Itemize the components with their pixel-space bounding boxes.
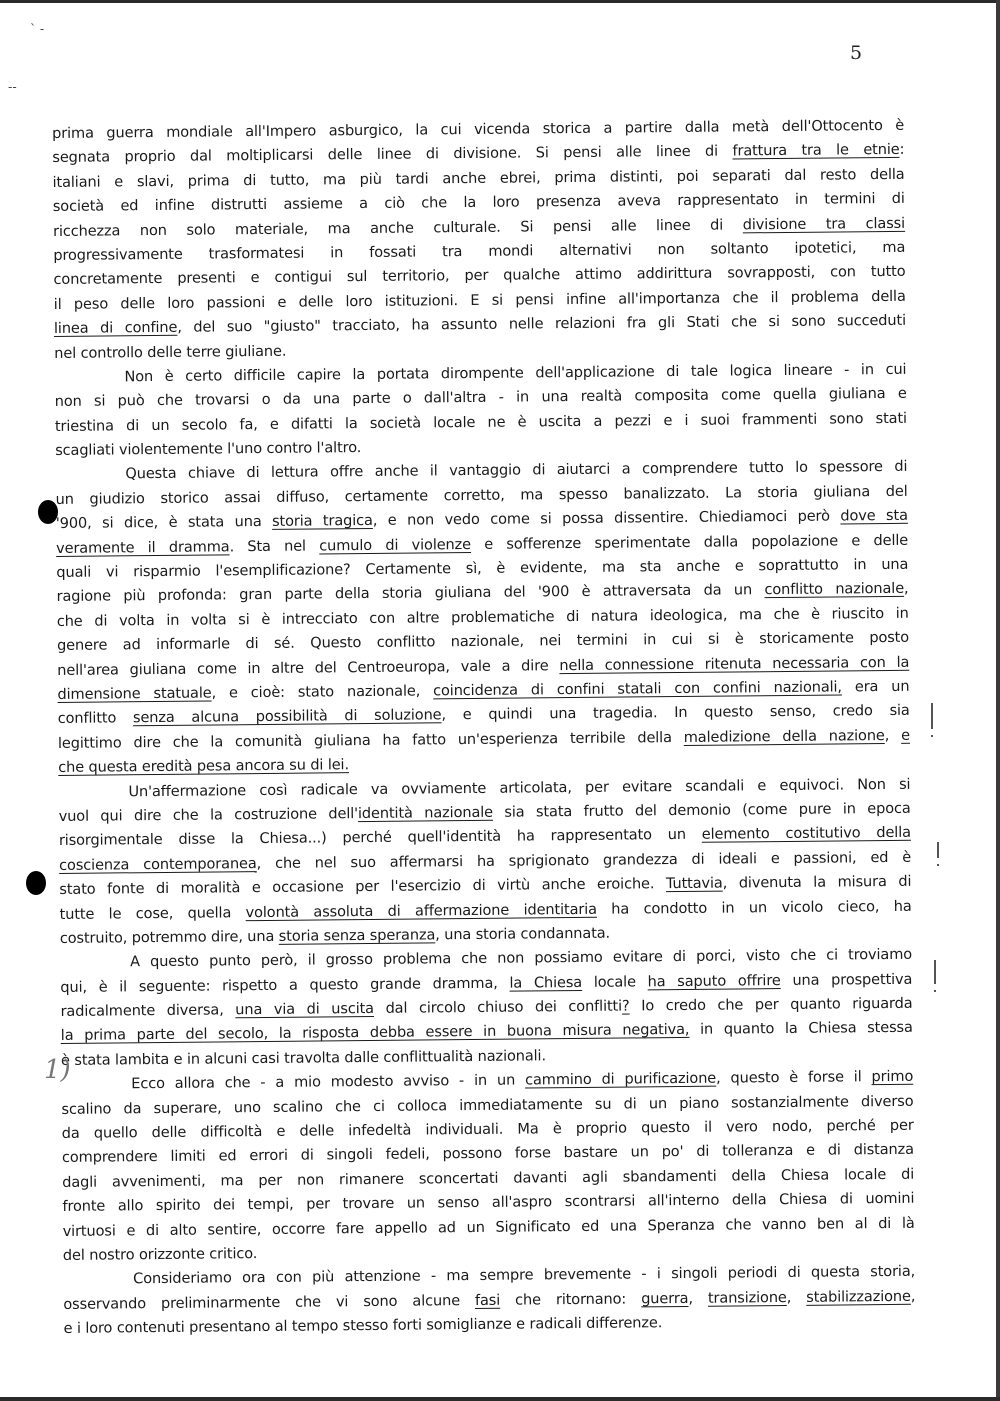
text-run: Io credo che per quanto riguarda (630, 995, 913, 1015)
margin-bullet-dot-icon (38, 500, 58, 524)
underlined-phrase: dove sta (840, 507, 908, 525)
paragraph: Non è certo difficile capire la portata … (54, 358, 907, 464)
paragraph: Consideriamo ora con più attenzione - ma… (63, 1260, 916, 1341)
underlined-phrase: la prima parte del secolo, la risposta d… (61, 1021, 690, 1044)
text-run: triestina di un secolo fa, e difatti la … (55, 409, 907, 434)
margin-mark-icon (931, 703, 933, 729)
text-run: osservando preliminarmente che vi sono a… (63, 1292, 475, 1313)
text-run: e i loro contenuti presentano al tempo s… (64, 1314, 663, 1337)
text-run: nell'area giuliana come in altre del Cen… (57, 657, 559, 679)
text-run: italiani e slavi, prima di tutto, ma più… (52, 166, 904, 191)
paragraph: Questa chiave di lettura offre anche il … (55, 455, 910, 780)
text-run: , e cioè: stato nazionale, (211, 682, 433, 701)
underlined-phrase: veramente il dramma (56, 538, 230, 557)
margin-dot-icon (931, 735, 933, 737)
underlined-phrase: elemento costitutivo della (702, 824, 911, 843)
underlined-phrase: maledizione della nazione (684, 727, 885, 746)
margin-bullet-dot-icon (26, 871, 46, 895)
text-run: ha condotto in un vicolo cieco, ha (597, 897, 912, 917)
text-run: ragione più profonda: gran parte della s… (56, 582, 764, 606)
text-run: risorgimentale disse la Chiesa...) perch… (59, 826, 702, 849)
text-run: da quello delle difficoltà e delle infed… (62, 1117, 914, 1142)
underlined-phrase: nella connessione ritenuta necessaria co… (559, 653, 909, 673)
text-run: è stata lambita e in alcuni casi travolt… (61, 1047, 546, 1069)
text-run: radicalmente diversa, (60, 1001, 235, 1020)
text-run: , e quindi una tragedia. In questo senso… (441, 702, 909, 723)
text-run: legittimo dire che la comunità giuliana … (58, 729, 684, 752)
text-run: , e non vedo come si possa dissentire. C… (373, 508, 841, 529)
text-run: A questo punto però, il grosso problema … (130, 946, 912, 971)
underlined-phrase: transizione (708, 1289, 787, 1307)
underlined-phrase: storia senza speranza (279, 926, 436, 945)
underlined-phrase: una via di uscita (235, 1000, 374, 1018)
text-run: dagli avvenimenti, ma per non rimanere s… (62, 1166, 914, 1191)
text-run: fronte allo spirito dei tempi, per trova… (62, 1190, 914, 1215)
corner-mark-top: ` - (30, 22, 44, 36)
underlined-phrase: divisione tra classi (743, 214, 905, 233)
text-run: , divenuta la misura di (723, 873, 912, 892)
text-run: , questo è forse il (716, 1068, 872, 1086)
text-run: tutte le cose, quella (60, 904, 246, 923)
paragraph: Ecco allora che - a mio modesto avviso -… (61, 1065, 915, 1268)
paragraph: A questo punto però, il grosso problema … (60, 943, 913, 1073)
text-run: scagliati violentemente l'uno contro l'a… (55, 439, 361, 459)
margin-mark-icon (937, 842, 939, 858)
underlined-phrase: cumulo di violenze (319, 536, 471, 554)
margin-dot-icon (934, 990, 936, 992)
paragraph: Un'affermazione così radicale va ovviame… (58, 772, 912, 951)
text-run: concretamente presenti e contigui sul te… (53, 263, 905, 288)
text-run: '900, si dice, è stata una (56, 513, 272, 532)
underlined-phrase: coincidenza di confini statali con confi… (433, 678, 842, 699)
underlined-phrase: stabilizzazione (806, 1288, 911, 1306)
text-run: , del suo "giusto" tracciato, ha assunto… (177, 312, 906, 336)
text-run: Un'affermazione così radicale va ovviame… (128, 775, 910, 800)
underlined-phrase: fasi (475, 1292, 500, 1309)
text-run: virtuosi e di alto sentire, occorre fare… (63, 1214, 915, 1239)
underlined-phrase: linea di confine (54, 319, 177, 337)
text-run: conflitto (58, 710, 133, 728)
underlined-phrase: la Chiesa (509, 974, 582, 992)
text-run: , (688, 1290, 708, 1307)
paragraph: prima guerra mondiale all'Impero asburgi… (52, 114, 906, 366)
underlined-phrase: conflitto nazionale (764, 580, 904, 598)
text-run: nel controllo delle terre giuliane. (54, 342, 286, 361)
underlined-phrase: che questa eredità pesa ancora su di lei… (58, 756, 349, 776)
underlined-phrase: frattura tra le etnie (732, 141, 899, 160)
text-run: Questa chiave di lettura offre anche il … (125, 458, 907, 483)
text-run: del nostro orizzonte critico. (63, 1245, 258, 1264)
text-run: , una storia condannata. (435, 925, 610, 944)
underlined-phrase: e (901, 727, 910, 744)
text-run: : (899, 141, 904, 158)
underlined-phrase: volontà assoluta di affermazione identit… (245, 900, 596, 920)
page-number: 5 (850, 42, 862, 64)
text-run: progressivamente trasformatesi in fossat… (53, 239, 905, 264)
corner-mark-left: -- (8, 80, 17, 94)
underlined-phrase: dimensione statuale (57, 684, 211, 702)
text-run: una prospettiva (781, 970, 913, 988)
text-run: ricchezza non solo materiale, ma anche c… (53, 216, 743, 240)
text-run: in quanto la Chiesa stessa (689, 1019, 913, 1038)
text-run: sia stata frutto del demonio (come pure … (493, 800, 911, 821)
underlined-phrase: ha saputo offrire (648, 972, 781, 990)
text-run: segnata proprio dal moltiplicarsi delle … (52, 143, 732, 167)
underlined-phrase: coscienza contemporanea (59, 855, 257, 874)
text-run: , (885, 727, 902, 744)
underlined-phrase: Tuttavia (666, 875, 723, 893)
underlined-phrase: primo (871, 1068, 913, 1085)
underlined-phrase: cammino di purificazione (525, 1070, 716, 1089)
text-run: era un (842, 678, 910, 696)
text-run: , (787, 1289, 807, 1306)
margin-number-annotation: 1) (44, 1055, 71, 1085)
underlined-phrase: senza alcuna possibilità di soluzione (133, 707, 442, 727)
text-run: , che nel suo affermarsi ha sprigionato … (257, 849, 912, 872)
text-run: quali vi risparmio l'esemplificazione? C… (56, 556, 908, 581)
text-run: dal circolo chiuso dei conflitti (374, 998, 622, 1017)
text-run: vuol qui dire che la costruzione dell' (59, 805, 358, 825)
text-run: che ritornano: (500, 1290, 641, 1308)
text-run: Non è certo difficile capire la portata … (124, 361, 906, 386)
document-body: prima guerra mondiale all'Impero asburgi… (52, 114, 916, 1342)
text-run: società ed infine distrutti assieme a ci… (53, 190, 905, 215)
text-run: prima guerra mondiale all'Impero asburgi… (52, 117, 904, 142)
text-run: qui, è il seguente: rispetto a questo gr… (60, 974, 509, 995)
text-run: e sofferenze sperimentate dalla popolazi… (471, 531, 908, 552)
scan-border-right (996, 0, 1000, 1401)
text-run: costruito, potremmo dire, una (60, 928, 279, 947)
text-run: , (911, 1288, 916, 1305)
underlined-phrase: guerra (641, 1290, 688, 1307)
text-run: genere ad informarle di sé. Questo confl… (57, 629, 909, 654)
scan-border-bottom (0, 1397, 1000, 1401)
text-run: Ecco allora che - a mio modesto avviso -… (131, 1072, 525, 1093)
text-run: un giudizio storico assai diffuso, certa… (56, 483, 908, 508)
underlined-phrase: identità nazionale (358, 804, 493, 822)
text-run: , (904, 580, 909, 597)
margin-dot-icon (937, 864, 939, 866)
scan-border-top (0, 0, 1000, 3)
text-run: non si può che trovarsi o da una parte o… (55, 385, 907, 410)
margin-mark-icon (934, 960, 936, 984)
text-run: Consideriamo ora con più attenzione - ma… (133, 1263, 915, 1288)
text-run: locale (582, 973, 648, 991)
text-run: scalino da superare, uno scalino che ci … (61, 1092, 913, 1117)
text-run: che di volta in volta si è intrecciato c… (57, 605, 909, 630)
text-run: il peso delle loro passioni e delle loro… (54, 288, 906, 313)
text-run: comprendere limiti ed errori di singoli … (62, 1141, 914, 1166)
text-run: stato fonte di moralità e occasione per … (59, 875, 666, 898)
underlined-phrase: storia tragica (272, 512, 373, 530)
text-run: . Sta nel (229, 537, 319, 555)
